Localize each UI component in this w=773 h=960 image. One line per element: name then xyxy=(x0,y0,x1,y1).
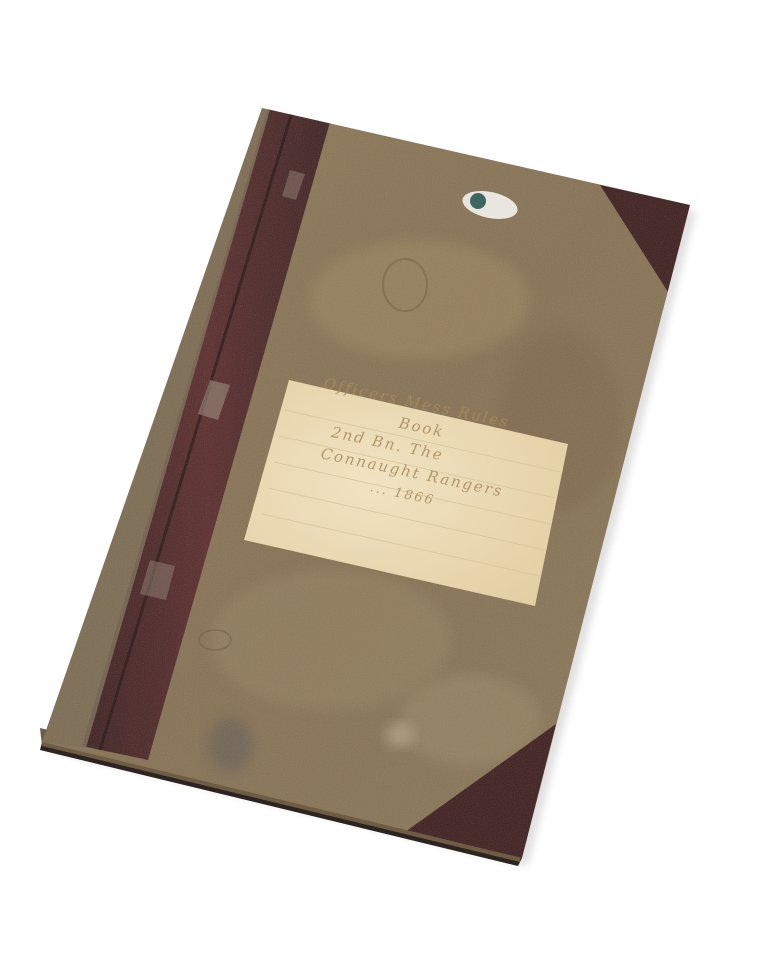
eyelet-rivet xyxy=(470,193,486,209)
